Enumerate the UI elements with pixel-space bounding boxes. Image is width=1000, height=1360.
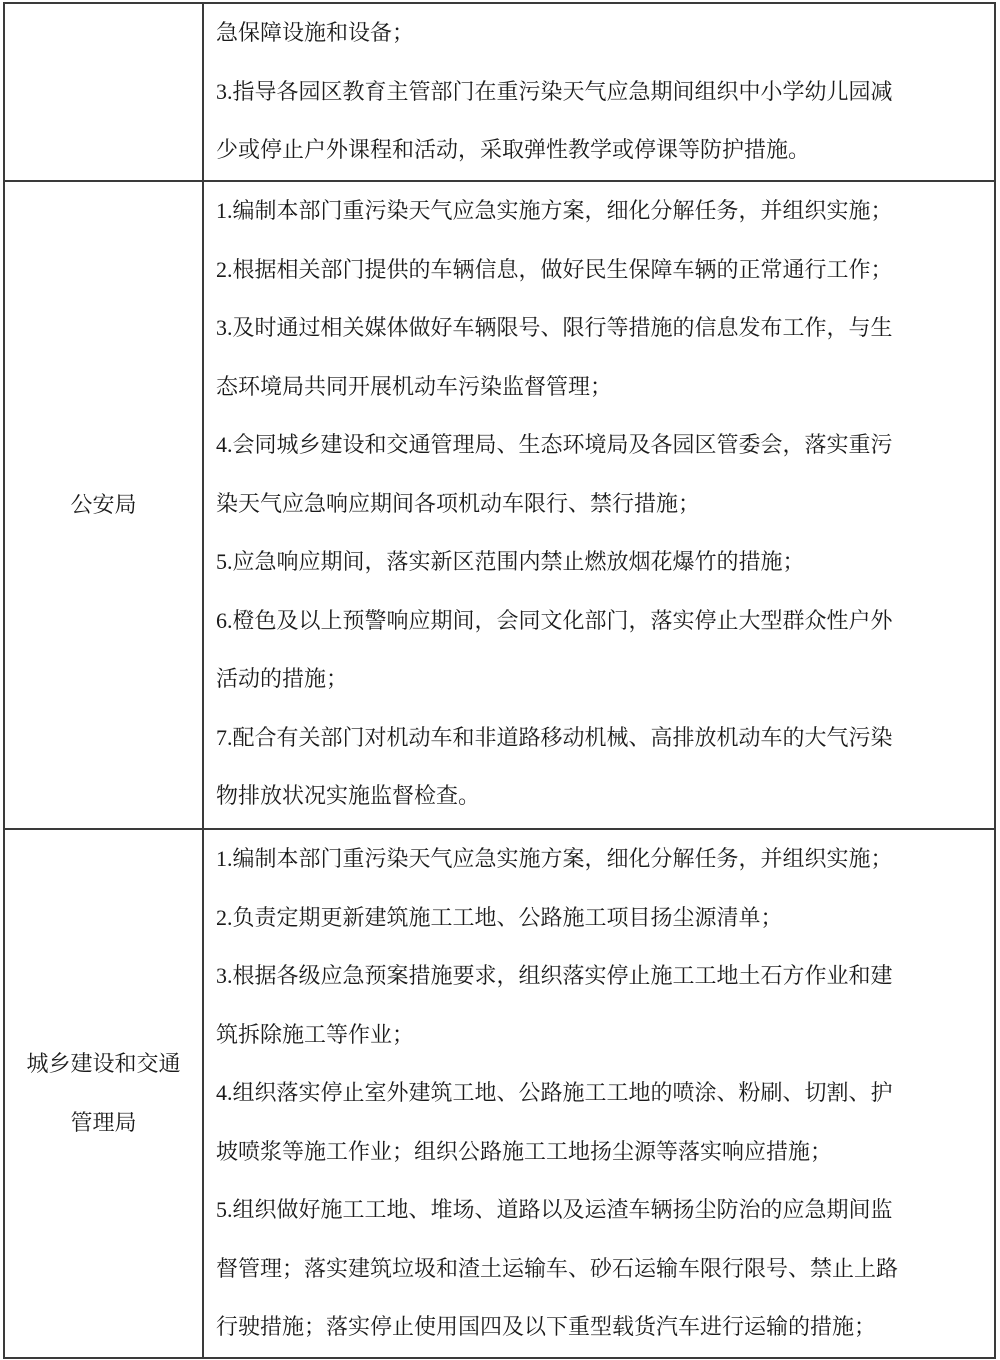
duty-line: 7.配合有关部门对机动车和非道路移动机械、高排放机动车的大气污染 [216, 709, 986, 768]
duty-line: 4.会同城乡建设和交通管理局、生态环境局及各园区管委会，落实重污 [216, 416, 986, 475]
department-cell-empty [4, 3, 203, 181]
duty-line: 染天气应急响应期间各项机动车限行、禁行措施； [216, 475, 986, 534]
duty-line: 活动的措施； [216, 650, 986, 709]
duty-line: 筑拆除施工等作业； [216, 1006, 986, 1065]
duty-line: 4.组织落实停止室外建筑工地、公路施工工地的喷涂、粉刷、切割、护 [216, 1064, 986, 1123]
duty-line: 3.根据各级应急预案措施要求，组织落实停止施工工地土石方作业和建 [216, 947, 986, 1006]
table-row-public-security: 公安局 1.编制本部门重污染天气应急实施方案，细化分解任务，并组织实施； 2.根… [4, 181, 995, 829]
duty-line: 督管理；落实建筑垃圾和渣土运输车、砂石运输车限行限号、禁止上路 [216, 1240, 986, 1299]
duty-line: 5.组织做好施工工地、堆场、道路以及运渣车辆扬尘防治的应急期间监 [216, 1181, 986, 1240]
department-name-line-2: 管理局 [5, 1094, 202, 1153]
department-cell: 公安局 [4, 181, 203, 829]
duty-line: 1.编制本部门重污染天气应急实施方案，细化分解任务，并组织实施； [216, 830, 986, 889]
duty-line: 态环境局共同开展机动车污染监督管理； [216, 358, 986, 417]
responsibility-table: 急保障设施和设备； 3.指导各园区教育主管部门在重污染天气应急期间组织中小学幼儿… [3, 2, 996, 1359]
duty-line: 2.根据相关部门提供的车辆信息，做好民生保障车辆的正常通行工作； [216, 241, 986, 300]
duties-cell: 1.编制本部门重污染天气应急实施方案，细化分解任务，并组织实施； 2.负责定期更… [203, 829, 995, 1358]
duty-line: 急保障设施和设备； [216, 4, 986, 63]
duties-cell: 急保障设施和设备； 3.指导各园区教育主管部门在重污染天气应急期间组织中小学幼儿… [203, 3, 995, 181]
table-row-education-continued: 急保障设施和设备； 3.指导各园区教育主管部门在重污染天气应急期间组织中小学幼儿… [4, 3, 995, 181]
table-row-construction-transport: 城乡建设和交通 管理局 1.编制本部门重污染天气应急实施方案，细化分解任务，并组… [4, 829, 995, 1358]
department-cell: 城乡建设和交通 管理局 [4, 829, 203, 1358]
department-name: 公安局 [5, 476, 202, 535]
department-name-line-1: 城乡建设和交通 [5, 1035, 202, 1094]
duty-line: 3.指导各园区教育主管部门在重污染天气应急期间组织中小学幼儿园减 [216, 63, 986, 122]
duty-line: 行驶措施；落实停止使用国四及以下重型载货汽车进行运输的措施； [216, 1298, 986, 1357]
duty-line: 1.编制本部门重污染天气应急实施方案，细化分解任务，并组织实施； [216, 182, 986, 241]
duty-line: 5.应急响应期间，落实新区范围内禁止燃放烟花爆竹的措施； [216, 533, 986, 592]
duty-line: 物排放状况实施监督检查。 [216, 767, 986, 826]
duty-line: 3.及时通过相关媒体做好车辆限号、限行等措施的信息发布工作，与生 [216, 299, 986, 358]
duty-line: 2.负责定期更新建筑施工工地、公路施工项目扬尘源清单； [216, 889, 986, 948]
duties-cell: 1.编制本部门重污染天气应急实施方案，细化分解任务，并组织实施； 2.根据相关部… [203, 181, 995, 829]
duty-line: 6.橙色及以上预警响应期间，会同文化部门，落实停止大型群众性户外 [216, 592, 986, 651]
duty-line: 少或停止户外课程和活动，采取弹性教学或停课等防护措施。 [216, 121, 986, 180]
duty-line: 坡喷浆等施工作业；组织公路施工工地扬尘源等落实响应措施； [216, 1123, 986, 1182]
